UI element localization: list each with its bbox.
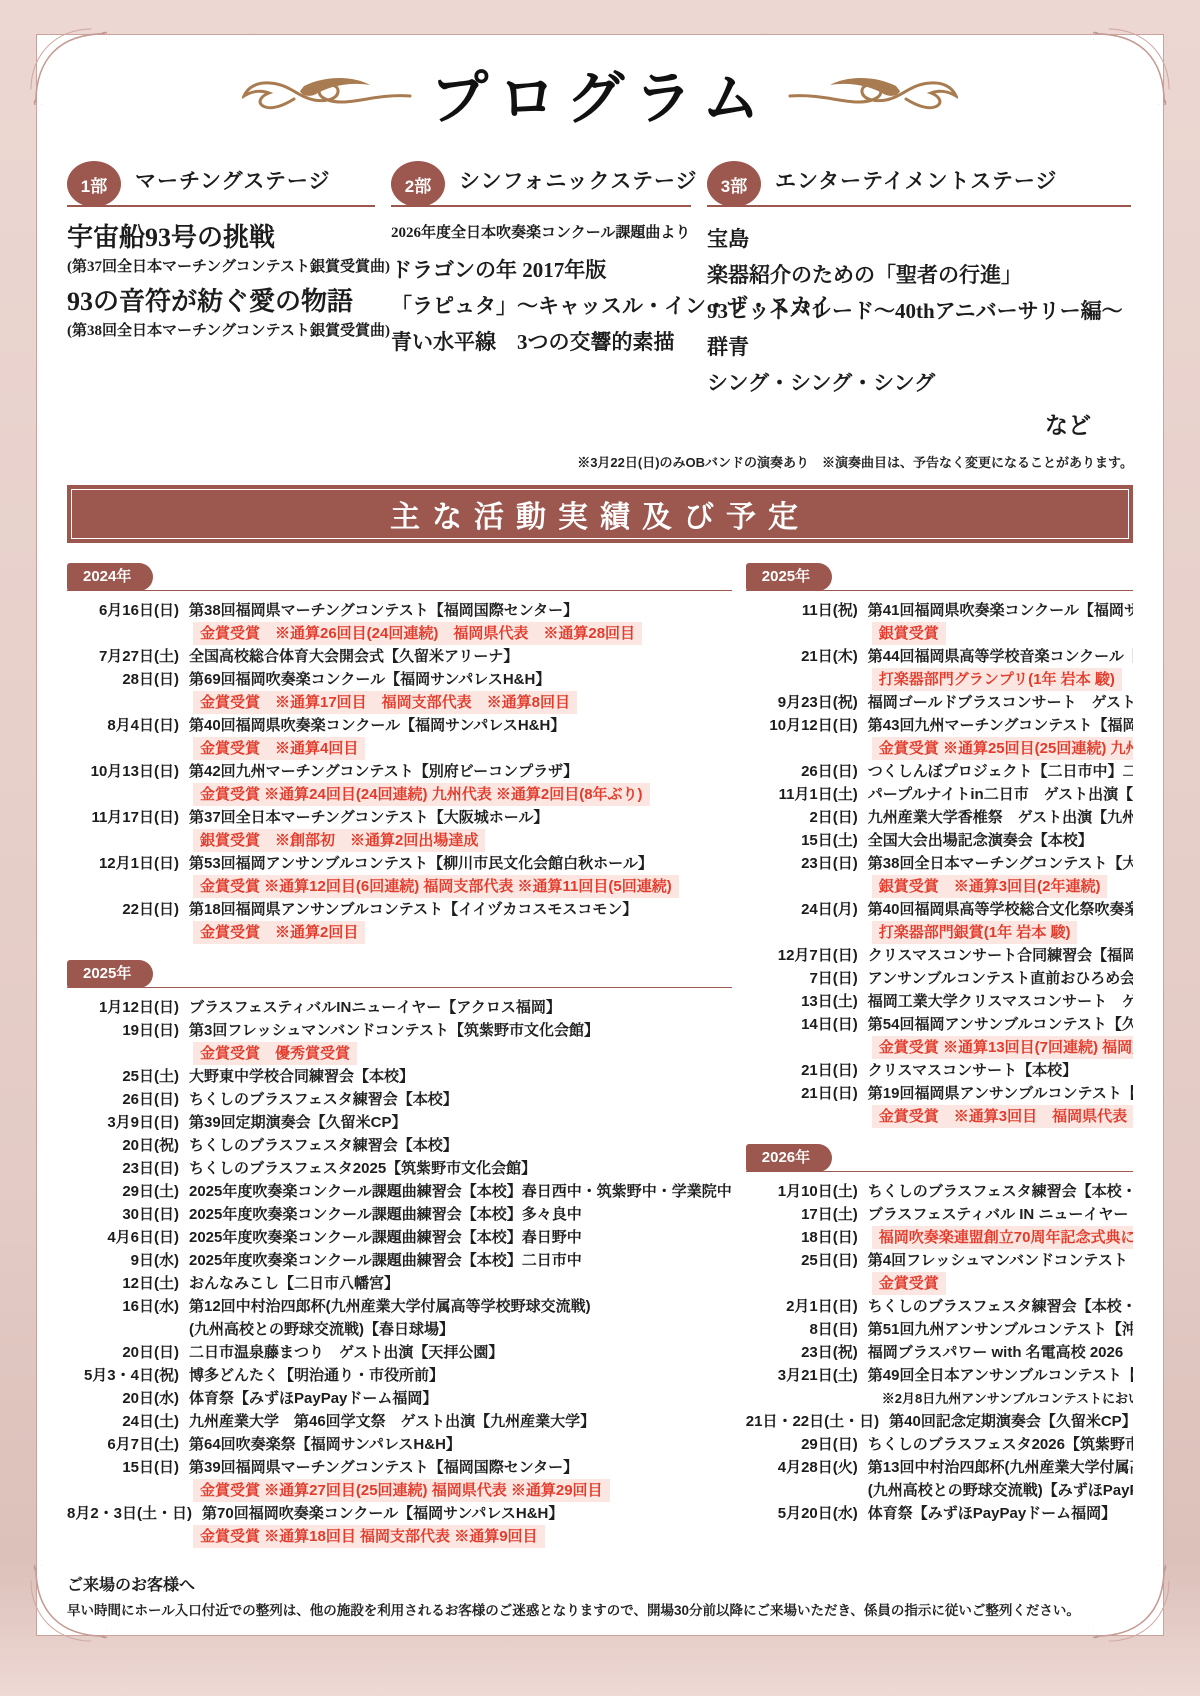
program-footnote: ※3月22日(日)のみOBバンドの演奏あり ※演奏曲目は、予告なく変更になること… — [67, 452, 1133, 471]
entry-cell: ちくしのブラスフェスタ練習会【本校】 — [179, 1088, 732, 1111]
entry-text: 第39回福岡県マーチングコンテスト【福岡国際センター】 — [189, 1456, 578, 1479]
entry-cell: 金賞受賞 ※通算4回目 — [179, 737, 732, 760]
entry-text: 福岡ゴールドブラスコンサート ゲスト出演【福岡市民ホール】 — [868, 691, 1133, 714]
entry-cell: 大野東中学校合同練習会【本校】 — [179, 1065, 732, 1088]
entry-cell: (九州高校との野球交流戦)【春日球場】 — [179, 1318, 732, 1341]
entry-text: 2025年度吹奏楽コンクール課題曲練習会【本校】春日西中・筑紫野中・学業院中 — [189, 1180, 732, 1203]
year-tab: 2025年 — [67, 960, 153, 988]
title-row: プログラム — [67, 57, 1133, 129]
entry-text: 金賞受賞 ※通算4回目 — [193, 737, 365, 760]
year-tab: 2026年 — [746, 1144, 832, 1172]
entry-cell: 第41回福岡県吹奏楽コンクール【福岡サンパレスH&H】 — [858, 599, 1133, 622]
entry-text: パープルナイトin二日市 ゲスト出演【二日市商店街】 — [868, 783, 1133, 806]
entry-text: 第40回福岡県高等学校総合文化祭吹奏楽部門福岡県大会(イイズカコスモスコモン) — [868, 898, 1133, 921]
entry-date: 8月2・3日(土・日) — [67, 1502, 192, 1525]
year-header: 2025年 — [746, 563, 1133, 591]
entry-cell: 金賞受賞 ※通算27回目(25回連続) 福岡県代表 ※通算29回目 — [179, 1479, 732, 1502]
entry-cell: 金賞受賞 ※通算25回目(25回連続) 九州代表 ※通算3回目(2年連続) — [858, 737, 1133, 760]
entry-cell: 第40回福岡県高等学校総合文化祭吹奏楽部門福岡県大会(イイズカコスモスコモン) — [858, 898, 1133, 921]
entry-date: 6月16日(日) — [67, 599, 179, 622]
program-part-1: 1部マーチングステージ宇宙船93号の挑戦(第37回全日本マーチングコンテスト銀賞… — [67, 157, 375, 440]
entry-cell: 2025年度吹奏楽コンクール課題曲練習会【本校】多々良中 — [179, 1203, 732, 1226]
activity-row: 20日(祝)ちくしのブラスフェスタ練習会【本校】 — [67, 1134, 732, 1157]
entry-cell: ちくしのブラスフェスタ練習会【本校・二日市中】 — [858, 1295, 1133, 1318]
entry-date: 21日(日) — [746, 1082, 858, 1105]
entry-text: 第39回定期演奏会【久留米CP】 — [189, 1111, 407, 1134]
entry-date: 21日(日) — [746, 1059, 858, 1082]
activity-row: 金賞受賞 ※通算4回目 — [67, 737, 732, 760]
entry-date: 19日(日) — [67, 1019, 179, 1042]
entry-text: 第54回福岡アンサンブルコンテスト【久留米CP】 クラリネット6重奏 黎影 — [868, 1013, 1133, 1036]
entry-text: 第53回福岡アンサンブルコンテスト【柳川市民文化会館白秋ホール】 — [189, 852, 653, 875]
entry-text: 金賞受賞 ※通算24回目(24回連続) 九州代表 ※通算2回目(8年ぶり) — [193, 783, 650, 806]
entry-cell: 福岡吹奏楽連盟創立70周年記念式典にて表彰【アクロス福岡】 — [858, 1226, 1133, 1249]
part-heading: マーチングステージ — [135, 165, 330, 205]
entry-text: 金賞受賞 ※通算18回目 福岡支部代表 ※通算9回目 — [193, 1525, 545, 1548]
entry-text: 九州産業大学 第46回学文祭 ゲスト出演【九州産業大学】 — [189, 1410, 595, 1433]
program-item: 青い水平線 3つの交響的素描 — [391, 324, 691, 360]
entry-text: 打楽器部門銀賞(1年 岩本 駿) — [872, 921, 1078, 944]
program-item: 93ヒットパレード～40thアニバーサリー編～ — [707, 293, 1131, 329]
program-item: シング・シング・シング — [707, 365, 1131, 401]
activity-row: 9日(水)2025年度吹奏楽コンクール課題曲練習会【本校】二日市中 — [67, 1249, 732, 1272]
part-body: 宝島楽器紹介のための「聖者の行進」93ヒットパレード～40thアニバーサリー編～… — [707, 207, 1131, 440]
entry-cell: 金賞受賞 ※通算13回目(7回連続) 福岡支部代表 ※通算12回目(6回連続) — [858, 1036, 1133, 1059]
entry-cell: ちくしのブラスフェスタ練習会【本校・二日市中】 — [858, 1180, 1133, 1203]
entry-cell: 第40回記念定期演奏会【久留米CP】2日公演 — [879, 1410, 1133, 1433]
entry-cell: 九州産業大学 第46回学文祭 ゲスト出演【九州産業大学】 — [179, 1410, 732, 1433]
activity-row: 30日(日)2025年度吹奏楽コンクール課題曲練習会【本校】多々良中 — [67, 1203, 732, 1226]
entry-date: 12月7日(日) — [746, 944, 858, 967]
activity-row: 26日(日)つくしんぼプロジェクト【二日市中】二日市中・筑紫野中・筑紫野南中・天… — [746, 760, 1133, 783]
part-badge: 2部 — [391, 161, 445, 207]
entry-cell: ブラスフェスティバルINニューイヤー【アクロス福岡】 — [179, 996, 732, 1019]
entry-date: 24日(土) — [67, 1410, 179, 1433]
part-outro: など — [707, 407, 1131, 440]
entry-text: 第64回吹奏楽祭【福岡サンパレスH&H】 — [189, 1433, 461, 1456]
activity-row: 12月7日(日)クリスマスコンサート合同練習会【福岡工業大学】 — [746, 944, 1133, 967]
activity-row: 10月13日(日)第42回九州マーチングコンテスト【別府ビーコンプラザ】 — [67, 760, 732, 783]
entry-cell: 第64回吹奏楽祭【福岡サンパレスH&H】 — [179, 1433, 732, 1456]
entry-cell: 打楽器部門銀賞(1年 岩本 駿) — [858, 921, 1133, 944]
entry-date: 3月21日(土) — [746, 1364, 858, 1387]
activity-row: 銀賞受賞 ※通算3回目(2年連続) — [746, 875, 1133, 898]
entry-text: 全国大会出場記念演奏会【本校】 — [868, 829, 1093, 852]
activity-row: 打楽器部門銀賞(1年 岩本 駿) — [746, 921, 1133, 944]
entry-text: 2025年度吹奏楽コンクール課題曲練習会【本校】多々良中 — [189, 1203, 582, 1226]
entry-text: (九州高校との野球交流戦)【春日球場】 — [189, 1318, 454, 1341]
activity-row: 3月9日(日)第39回定期演奏会【久留米CP】 — [67, 1111, 732, 1134]
activity-row: 金賞受賞 優秀賞受賞 — [67, 1042, 732, 1065]
entry-cell: 体育祭【みずほPayPayドーム福岡】 — [179, 1387, 732, 1410]
activity-row: 9月23日(祝)福岡ゴールドブラスコンサート ゲスト出演【福岡市民ホール】 — [746, 691, 1133, 714]
entry-text: ブラスフェスティバルINニューイヤー【アクロス福岡】 — [189, 996, 561, 1019]
entry-text: 福岡工業大学クリスマスコンサート ゲスト出演【FITアリーナ】 — [868, 990, 1133, 1013]
activity-row: 金賞受賞 ※通算26回目(24回連続) 福岡県代表 ※通算28回目 — [67, 622, 732, 645]
part-badge: 1部 — [67, 161, 121, 207]
activity-row: 21日(日)クリスマスコンサート【本校】 — [746, 1059, 1133, 1082]
entry-text: 九州産業大学香椎祭 ゲスト出演【九州産業大学】 — [868, 806, 1133, 829]
visitor-notice-heading: ご来場のお客様へ — [67, 1572, 1133, 1595]
entry-date: 1月12日(日) — [67, 996, 179, 1019]
entry-cell: 第38回福岡県マーチングコンテスト【福岡国際センター】 — [179, 599, 732, 622]
activity-row: 1月12日(日)ブラスフェスティバルINニューイヤー【アクロス福岡】 — [67, 996, 732, 1019]
program-item: 「ラピュタ」～キャッスル・イン・ザ・スカイ — [391, 288, 691, 324]
entry-text: ブラスフェスティバル IN ニューイヤー【アクロス福岡】 — [868, 1203, 1133, 1226]
activity-row: (九州高校との野球交流戦)【みずほPayPayドーム福岡】 — [746, 1479, 1133, 1502]
entry-cell: 第69回福岡吹奏楽コンクール【福岡サンパレスH&H】 — [179, 668, 732, 691]
activity-row: 24日(土)九州産業大学 第46回学文祭 ゲスト出演【九州産業大学】 — [67, 1410, 732, 1433]
activity-banner-title: 主な活動実績及び予定 — [390, 492, 810, 536]
activity-row: 金賞受賞 ※通算25回目(25回連続) 九州代表 ※通算3回目(2年連続) — [746, 737, 1133, 760]
activity-row: 25日(土)大野東中学校合同練習会【本校】 — [67, 1065, 732, 1088]
program-part-2: 2部シンフォニックステージ2026年度全日本吹奏楽コンクール課題曲よりドラゴンの… — [391, 157, 691, 440]
activity-row: 13日(土)福岡工業大学クリスマスコンサート ゲスト出演【FITアリーナ】 — [746, 990, 1133, 1013]
entry-date: 18日(日) — [746, 1226, 858, 1249]
entry-date: 9日(水) — [67, 1249, 179, 1272]
entry-cell: 打楽器部門グランプリ(1年 岩本 駿) — [858, 668, 1133, 691]
activity-row: 11日(祝)第41回福岡県吹奏楽コンクール【福岡サンパレスH&H】 — [746, 599, 1133, 622]
entry-text: 金賞受賞 ※通算2回目 — [193, 921, 365, 944]
entry-text: クリスマスコンサート合同練習会【福岡工業大学】 — [868, 944, 1133, 967]
entry-date: 24日(月) — [746, 898, 858, 921]
entry-date: 5月3・4日(祝) — [67, 1364, 179, 1387]
entry-date: 15日(日) — [67, 1456, 179, 1479]
entry-cell: 第42回九州マーチングコンテスト【別府ビーコンプラザ】 — [179, 760, 732, 783]
entry-cell: 金賞受賞 優秀賞受賞 — [179, 1042, 732, 1065]
entry-cell: 2025年度吹奏楽コンクール課題曲練習会【本校】春日西中・筑紫野中・学業院中 — [179, 1180, 732, 1203]
activity-row: 19日(日)第3回フレッシュマンバンドコンテスト【筑紫野市文化会館】 — [67, 1019, 732, 1042]
flourish-right-icon — [788, 70, 958, 116]
entry-text: 全国高校総合体育大会開会式【久留米アリーナ】 — [189, 645, 518, 668]
activity-row: 10月12日(日)第43回九州マーチングコンテスト【福岡国際センター】 — [746, 714, 1133, 737]
entry-text: ちくしのブラスフェスタ練習会【本校】 — [189, 1134, 458, 1157]
entry-text: 第40回福岡県吹奏楽コンクール【福岡サンパレスH&H】 — [189, 714, 565, 737]
activity-row: 6月16日(日)第38回福岡県マーチングコンテスト【福岡国際センター】 — [67, 599, 732, 622]
activity-row: 12月1日(日)第53回福岡アンサンブルコンテスト【柳川市民文化会館白秋ホール】 — [67, 852, 732, 875]
entry-text: 第51回九州アンサンブルコンテスト【沖縄コンベンションセンター】 — [868, 1318, 1133, 1341]
entry-cell: 福岡ブラスパワー with 名電高校 2026 ゲスト出演【福岡サンパレス】 — [858, 1341, 1133, 1364]
entry-date: 15日(土) — [746, 829, 858, 852]
entry-date: 22日(日) — [67, 898, 179, 921]
entry-text: 第42回九州マーチングコンテスト【別府ビーコンプラザ】 — [189, 760, 578, 783]
entry-cell: ちくしのブラスフェスタ練習会【本校】 — [179, 1134, 732, 1157]
activity-row: 5月20日(水)体育祭【みずほPayPayドーム福岡】 — [746, 1502, 1133, 1525]
entry-cell: 第19回福岡県アンサンブルコンテスト【イイヅカコスモスコモン】 — [858, 1082, 1133, 1105]
flourish-left-icon — [242, 70, 412, 116]
entry-date: 5月20日(水) — [746, 1502, 858, 1525]
entry-text: 第38回福岡県マーチングコンテスト【福岡国際センター】 — [189, 599, 578, 622]
entry-date: 4月28日(火) — [746, 1456, 858, 1479]
entry-date: 11月1日(土) — [746, 783, 858, 806]
activity-row: 20日(水)体育祭【みずほPayPayドーム福岡】 — [67, 1387, 732, 1410]
entry-text: 第12回中村治四郎杯(九州産業大学付属高等学校野球交流戦) — [189, 1295, 591, 1318]
entry-date: 28日(日) — [67, 668, 179, 691]
page-title: プログラム — [430, 51, 769, 135]
entry-date: 23日(祝) — [746, 1341, 858, 1364]
entry-date: 29日(土) — [67, 1180, 179, 1203]
entry-text: ちくしのブラスフェスタ練習会【本校】 — [189, 1088, 458, 1111]
activity-row: 打楽器部門グランプリ(1年 岩本 駿) — [746, 668, 1133, 691]
year-section: 2026年1月10日(土)ちくしのブラスフェスタ練習会【本校・二日市中】17日(… — [746, 1144, 1133, 1525]
entry-cell: おんなみこし【二日市八幡宮】 — [179, 1272, 732, 1295]
activity-row: 28日(日)第69回福岡吹奏楽コンクール【福岡サンパレスH&H】 — [67, 668, 732, 691]
activity-row: 22日(日)第18回福岡県アンサンブルコンテスト【イイヅカコスモスコモン】 — [67, 898, 732, 921]
entry-text: 体育祭【みずほPayPayドーム福岡】 — [868, 1502, 1116, 1525]
entry-cell: ブラスフェスティバル IN ニューイヤー【アクロス福岡】 — [858, 1203, 1133, 1226]
activity-row: 23日(祝)福岡ブラスパワー with 名電高校 2026 ゲスト出演【福岡サン… — [746, 1341, 1133, 1364]
entry-text: ※2月8日九州アンサンブルコンテストにおいて、九州代表として推薦された場合 — [868, 1387, 1133, 1410]
visitor-notice: ご来場のお客様へ 早い時間にホール入口付近での整列は、他の施設を利用されるお客様… — [67, 1572, 1133, 1619]
part-heading: エンターテイメントステージ — [775, 165, 1057, 205]
entry-cell: 九州産業大学香椎祭 ゲスト出演【九州産業大学】 — [858, 806, 1133, 829]
activity-row: 26日(日)ちくしのブラスフェスタ練習会【本校】 — [67, 1088, 732, 1111]
entry-date: 17日(土) — [746, 1203, 858, 1226]
year-section: 2024年6月16日(日)第38回福岡県マーチングコンテスト【福岡国際センター】… — [67, 563, 732, 944]
entry-date: 4月6日(日) — [67, 1226, 179, 1249]
entry-date: 11日(祝) — [746, 599, 858, 622]
activity-row: 21日(木)第44回福岡県高等学校音楽コンクール【響ホール】 — [746, 645, 1133, 668]
entry-text: 2025年度吹奏楽コンクール課題曲練習会【本校】二日市中 — [189, 1249, 582, 1272]
entry-cell: 第37回全日本マーチングコンテスト【大阪城ホール】 — [179, 806, 732, 829]
program-item: 楽器紹介のための「聖者の行進」 — [707, 257, 1131, 293]
activity-row: 8日(日)第51回九州アンサンブルコンテスト【沖縄コンベンションセンター】 — [746, 1318, 1133, 1341]
entry-text: 第49回全日本アンサンブルコンテスト【広島文化学園HBGホール】 — [868, 1364, 1133, 1387]
entry-date: 8月4日(日) — [67, 714, 179, 737]
entry-text: 2025年度吹奏楽コンクール課題曲練習会【本校】春日野中 — [189, 1226, 582, 1249]
entry-text: おんなみこし【二日市八幡宮】 — [189, 1272, 399, 1295]
entry-date: 30日(日) — [67, 1203, 179, 1226]
activity-row: 金賞受賞 ※通算18回目 福岡支部代表 ※通算9回目 — [67, 1525, 732, 1548]
entry-text: 銀賞受賞 — [872, 622, 946, 645]
entry-text: クリスマスコンサート【本校】 — [868, 1059, 1077, 1082]
activity-row: 銀賞受賞 ※創部初 ※通算2回出場達成 — [67, 829, 732, 852]
activity-row: 8月4日(日)第40回福岡県吹奏楽コンクール【福岡サンパレスH&H】 — [67, 714, 732, 737]
activity-row: 23日(日)ちくしのブラスフェスタ2025【筑紫野市文化会館】 — [67, 1157, 732, 1180]
entry-cell: 第70回福岡吹奏楽コンクール【福岡サンパレスH&H】 — [192, 1502, 732, 1525]
entry-text: 金賞受賞 ※通算13回目(7回連続) 福岡支部代表 ※通算12回目(6回連続) — [872, 1036, 1133, 1059]
entry-cell: 第53回福岡アンサンブルコンテスト【柳川市民文化会館白秋ホール】 — [179, 852, 732, 875]
activity-row: 15日(土)全国大会出場記念演奏会【本校】 — [746, 829, 1133, 852]
activity-banner-inner: 主な活動実績及び予定 — [71, 489, 1129, 539]
activity-row: 14日(日)第54回福岡アンサンブルコンテスト【久留米CP】 クラリネット6重奏… — [746, 1013, 1133, 1036]
entry-cell: 金賞受賞 ※通算2回目 — [179, 921, 732, 944]
entry-cell: 全国高校総合体育大会開会式【久留米アリーナ】 — [179, 645, 732, 668]
entry-cell: 銀賞受賞 ※創部初 ※通算2回出場達成 — [179, 829, 732, 852]
activity-row: 17日(土)ブラスフェスティバル IN ニューイヤー【アクロス福岡】 — [746, 1203, 1133, 1226]
part-badge: 3部 — [707, 161, 761, 207]
activity-row: 24日(月)第40回福岡県高等学校総合文化祭吹奏楽部門福岡県大会(イイズカコスモ… — [746, 898, 1133, 921]
entry-text: ちくしのブラスフェスタ2026【筑紫野市文化会館】 — [868, 1433, 1133, 1456]
activity-row: 金賞受賞 ※通算17回目 福岡支部代表 ※通算8回目 — [67, 691, 732, 714]
activity-row: 金賞受賞 ※通算13回目(7回連続) 福岡支部代表 ※通算12回目(6回連続) — [746, 1036, 1133, 1059]
entry-date: 20日(日) — [67, 1341, 179, 1364]
entry-cell: アンサンブルコンテスト直前おひろめ会【大野城市立大利中学校】 — [858, 967, 1133, 990]
entry-text: 第38回全日本マーチングコンテスト【大阪城ホール】 — [868, 852, 1133, 875]
activity-row: 3月21日(土)第49回全日本アンサンブルコンテスト【広島文化学園HBGホール】 — [746, 1364, 1133, 1387]
entry-date: 25日(土) — [67, 1065, 179, 1088]
entry-text: 金賞受賞 — [872, 1272, 946, 1295]
entry-cell: 金賞受賞 ※通算12回目(6回連続) 福岡支部代表 ※通算11回目(5回連続) — [179, 875, 732, 898]
program-item: ドラゴンの年 2017年版 — [391, 252, 691, 288]
activity-row: 18日(日)福岡吹奏楽連盟創立70周年記念式典にて表彰【アクロス福岡】 — [746, 1226, 1133, 1249]
part-body: 2026年度全日本吹奏楽コンクール課題曲よりドラゴンの年 2017年版「ラピュタ… — [391, 207, 691, 360]
activity-row: 金賞受賞 — [746, 1272, 1133, 1295]
entry-text: 第13回中村治四郎杯(九州産業大学付属高等学校野球交流戦) — [868, 1456, 1133, 1479]
program-item-sub: (第37回全日本マーチングコンテスト銀賞受賞曲) — [67, 255, 375, 279]
entry-text: 第18回福岡県アンサンブルコンテスト【イイヅカコスモスコモン】 — [189, 898, 637, 921]
entry-date: 25日(日) — [746, 1249, 858, 1272]
activity-row: 29日(土)2025年度吹奏楽コンクール課題曲練習会【本校】春日西中・筑紫野中・… — [67, 1180, 732, 1203]
activity-row: 金賞受賞 ※通算27回目(25回連続) 福岡県代表 ※通算29回目 — [67, 1479, 732, 1502]
activity-row: 1月10日(土)ちくしのブラスフェスタ練習会【本校・二日市中】 — [746, 1180, 1133, 1203]
entry-text: 金賞受賞 ※通算25回目(25回連続) 九州代表 ※通算3回目(2年連続) — [872, 737, 1133, 760]
entry-cell: 第12回中村治四郎杯(九州産業大学付属高等学校野球交流戦) — [179, 1295, 732, 1318]
activity-row: 4月6日(日)2025年度吹奏楽コンクール課題曲練習会【本校】春日野中 — [67, 1226, 732, 1249]
program-part-3: 3部エンターテイメントステージ宝島楽器紹介のための「聖者の行進」93ヒットパレー… — [707, 157, 1131, 440]
activity-row: 2日(日)九州産業大学香椎祭 ゲスト出演【九州産業大学】 — [746, 806, 1133, 829]
activity-banner: 主な活動実績及び予定 — [67, 485, 1133, 543]
entry-date: 12月1日(日) — [67, 852, 179, 875]
entry-date: 11月17日(日) — [67, 806, 179, 829]
part-header: 1部マーチングステージ — [67, 157, 375, 207]
page-frame: プログラム 1部マーチングステージ宇宙船93号の挑戦(第37回全日本マーチングコ… — [36, 34, 1164, 1636]
activity-row: 11月1日(土)パープルナイトin二日市 ゲスト出演【二日市商店街】 — [746, 783, 1133, 806]
entry-cell: 第51回九州アンサンブルコンテスト【沖縄コンベンションセンター】 — [858, 1318, 1133, 1341]
activity-row: ※2月8日九州アンサンブルコンテストにおいて、九州代表として推薦された場合 — [746, 1387, 1133, 1410]
entry-cell: 体育祭【みずほPayPayドーム福岡】 — [858, 1502, 1133, 1525]
entry-date: 23日(日) — [67, 1157, 179, 1180]
entry-text: 第70回福岡吹奏楽コンクール【福岡サンパレスH&H】 — [202, 1502, 563, 1525]
entry-text: 第19回福岡県アンサンブルコンテスト【イイヅカコスモスコモン】 — [868, 1082, 1133, 1105]
part-heading: シンフォニックステージ — [459, 165, 698, 205]
entry-cell: 2025年度吹奏楽コンクール課題曲練習会【本校】春日野中 — [179, 1226, 732, 1249]
entry-date: 13日(土) — [746, 990, 858, 1013]
entry-cell: クリスマスコンサート【本校】 — [858, 1059, 1133, 1082]
activity-row: 21日・22日(土・日)第40回記念定期演奏会【久留米CP】2日公演 — [746, 1410, 1133, 1433]
part-header: 3部エンターテイメントステージ — [707, 157, 1131, 207]
entry-cell: (九州高校との野球交流戦)【みずほPayPayドーム福岡】 — [858, 1479, 1133, 1502]
activity-row: 銀賞受賞 — [746, 622, 1133, 645]
activity-row: 15日(日)第39回福岡県マーチングコンテスト【福岡国際センター】 — [67, 1456, 732, 1479]
part-body: 宇宙船93号の挑戦(第37回全日本マーチングコンテスト銀賞受賞曲)93の音符が紡… — [67, 207, 375, 343]
visitor-notice-body: 早い時間にホール入口付近での整列は、他の施設を利用されるお客様のご迷惑となります… — [67, 1599, 1133, 1619]
entry-date: 2日(日) — [746, 806, 858, 829]
entry-text: つくしんぼプロジェクト【二日市中】二日市中・筑紫野中・筑紫野南中・天拝中・筑山中 — [868, 760, 1133, 783]
entry-text: 第40回記念定期演奏会【久留米CP】2日公演 — [889, 1410, 1133, 1433]
entry-text: 第4回フレッシュマンバンドコンテスト【石橋文化センター】 — [868, 1249, 1133, 1272]
part-header: 2部シンフォニックステージ — [391, 157, 691, 207]
year-tab: 2025年 — [746, 563, 832, 591]
activity-list: 2024年6月16日(日)第38回福岡県マーチングコンテスト【福岡国際センター】… — [67, 563, 1133, 1572]
activity-row: 金賞受賞 ※通算12回目(6回連続) 福岡支部代表 ※通算11回目(5回連続) — [67, 875, 732, 898]
activity-row: 8月2・3日(土・日)第70回福岡吹奏楽コンクール【福岡サンパレスH&H】 — [67, 1502, 732, 1525]
entry-cell: パープルナイトin二日市 ゲスト出演【二日市商店街】 — [858, 783, 1133, 806]
entry-date: 1月10日(土) — [746, 1180, 858, 1203]
entry-date: 16日(水) — [67, 1295, 179, 1318]
activity-row: 7日(日)アンサンブルコンテスト直前おひろめ会【大野城市立大利中学校】 — [746, 967, 1133, 990]
entry-text: 二日市温泉藤まつり ゲスト出演【天拝公園】 — [189, 1341, 503, 1364]
entry-text: 打楽器部門グランプリ(1年 岩本 駿) — [872, 668, 1122, 691]
activity-row: 5月3・4日(祝)博多どんたく【明治通り・市役所前】 — [67, 1364, 732, 1387]
activity-row: 6月7日(土)第64回吹奏楽祭【福岡サンパレスH&H】 — [67, 1433, 732, 1456]
entry-cell: 金賞受賞 ※通算17回目 福岡支部代表 ※通算8回目 — [179, 691, 732, 714]
entry-cell: 金賞受賞 — [858, 1272, 1133, 1295]
activity-column-left: 2024年6月16日(日)第38回福岡県マーチングコンテスト【福岡国際センター】… — [67, 563, 732, 1572]
entry-cell: 第43回九州マーチングコンテスト【福岡国際センター】 — [858, 714, 1133, 737]
entry-cell: 博多どんたく【明治通り・市役所前】 — [179, 1364, 732, 1387]
entry-text: 体育祭【みずほPayPayドーム福岡】 — [189, 1387, 437, 1410]
entry-cell: 第38回全日本マーチングコンテスト【大阪城ホール】 — [858, 852, 1133, 875]
entry-text: 第37回全日本マーチングコンテスト【大阪城ホール】 — [189, 806, 548, 829]
entry-text: 銀賞受賞 ※創部初 ※通算2回出場達成 — [193, 829, 485, 852]
program-poster: { "colors":{"accent":"#9c574e","award":"… — [0, 0, 1200, 1696]
entry-text: 博多どんたく【明治通り・市役所前】 — [189, 1364, 444, 1387]
entry-date: 7日(日) — [746, 967, 858, 990]
entry-text: 金賞受賞 ※通算3回目 福岡県代表 ※創部2回目 — [872, 1105, 1133, 1128]
entry-cell: 福岡工業大学クリスマスコンサート ゲスト出演【FITアリーナ】 — [858, 990, 1133, 1013]
activity-row: 2月1日(日)ちくしのブラスフェスタ練習会【本校・二日市中】 — [746, 1295, 1133, 1318]
entry-date: 29日(日) — [746, 1433, 858, 1456]
program-item: 群青 — [707, 329, 1131, 365]
entry-cell: 第4回フレッシュマンバンドコンテスト【石橋文化センター】 — [858, 1249, 1133, 1272]
entry-cell: 全国大会出場記念演奏会【本校】 — [858, 829, 1133, 852]
entry-date: 20日(祝) — [67, 1134, 179, 1157]
entry-cell: 二日市温泉藤まつり ゲスト出演【天拝公園】 — [179, 1341, 732, 1364]
program-parts: 1部マーチングステージ宇宙船93号の挑戦(第37回全日本マーチングコンテスト銀賞… — [67, 157, 1133, 440]
entry-text: (九州高校との野球交流戦)【みずほPayPayドーム福岡】 — [868, 1479, 1133, 1502]
year-tab: 2024年 — [67, 563, 153, 591]
entry-text: 金賞受賞 ※通算17回目 福岡支部代表 ※通算8回目 — [193, 691, 577, 714]
program-item: 宇宙船93号の挑戦 — [67, 221, 375, 255]
entry-cell: ちくしのブラスフェスタ2025【筑紫野市文化会館】 — [179, 1157, 732, 1180]
entry-cell: 第18回福岡県アンサンブルコンテスト【イイヅカコスモスコモン】 — [179, 898, 732, 921]
year-header: 2026年 — [746, 1144, 1133, 1172]
activity-row: 金賞受賞 ※通算24回目(24回連続) 九州代表 ※通算2回目(8年ぶり) — [67, 783, 732, 806]
entry-cell: 金賞受賞 ※通算24回目(24回連続) 九州代表 ※通算2回目(8年ぶり) — [179, 783, 732, 806]
entry-text: 金賞受賞 ※通算12回目(6回連続) 福岡支部代表 ※通算11回目(5回連続) — [193, 875, 679, 898]
entry-date: 26日(日) — [67, 1088, 179, 1111]
entry-date: 23日(日) — [746, 852, 858, 875]
entry-cell: ※2月8日九州アンサンブルコンテストにおいて、九州代表として推薦された場合 — [858, 1387, 1133, 1410]
entry-date: 9月23日(祝) — [746, 691, 858, 714]
entry-text: 金賞受賞 ※通算26回目(24回連続) 福岡県代表 ※通算28回目 — [193, 622, 642, 645]
program-item-sub: (第38回全日本マーチングコンテスト銀賞受賞曲) — [67, 319, 375, 343]
year-header: 2024年 — [67, 563, 732, 591]
entry-text: 第69回福岡吹奏楽コンクール【福岡サンパレスH&H】 — [189, 668, 550, 691]
entry-text: 大野東中学校合同練習会【本校】 — [189, 1065, 414, 1088]
entry-date: 20日(水) — [67, 1387, 179, 1410]
activity-row: 金賞受賞 ※通算2回目 — [67, 921, 732, 944]
entry-cell: 金賞受賞 ※通算26回目(24回連続) 福岡県代表 ※通算28回目 — [179, 622, 732, 645]
entry-cell: 2025年度吹奏楽コンクール課題曲練習会【本校】二日市中 — [179, 1249, 732, 1272]
entry-date: 10月12日(日) — [746, 714, 858, 737]
entry-cell: 第54回福岡アンサンブルコンテスト【久留米CP】 クラリネット6重奏 黎影 — [858, 1013, 1133, 1036]
activity-column-right: 2025年11日(祝)第41回福岡県吹奏楽コンクール【福岡サンパレスH&H】銀賞… — [746, 563, 1133, 1572]
entry-text: ちくしのブラスフェスタ練習会【本校・二日市中】 — [868, 1295, 1133, 1318]
entry-cell: 第40回福岡県吹奏楽コンクール【福岡サンパレスH&H】 — [179, 714, 732, 737]
entry-cell: 第39回定期演奏会【久留米CP】 — [179, 1111, 732, 1134]
entry-date: 21日(木) — [746, 645, 858, 668]
activity-row: 23日(日)第38回全日本マーチングコンテスト【大阪城ホール】 — [746, 852, 1133, 875]
entry-text: 金賞受賞 ※通算27回目(25回連続) 福岡県代表 ※通算29回目 — [193, 1479, 610, 1502]
entry-text: 金賞受賞 優秀賞受賞 — [193, 1042, 357, 1065]
entry-cell: つくしんぼプロジェクト【二日市中】二日市中・筑紫野中・筑紫野南中・天拝中・筑山中 — [858, 760, 1133, 783]
activity-row: 12日(土)おんなみこし【二日市八幡宮】 — [67, 1272, 732, 1295]
entry-text: 福岡吹奏楽連盟創立70周年記念式典にて表彰【アクロス福岡】 — [872, 1226, 1133, 1249]
year-section: 2025年1月12日(日)ブラスフェスティバルINニューイヤー【アクロス福岡】1… — [67, 960, 732, 1548]
year-header: 2025年 — [67, 960, 732, 988]
